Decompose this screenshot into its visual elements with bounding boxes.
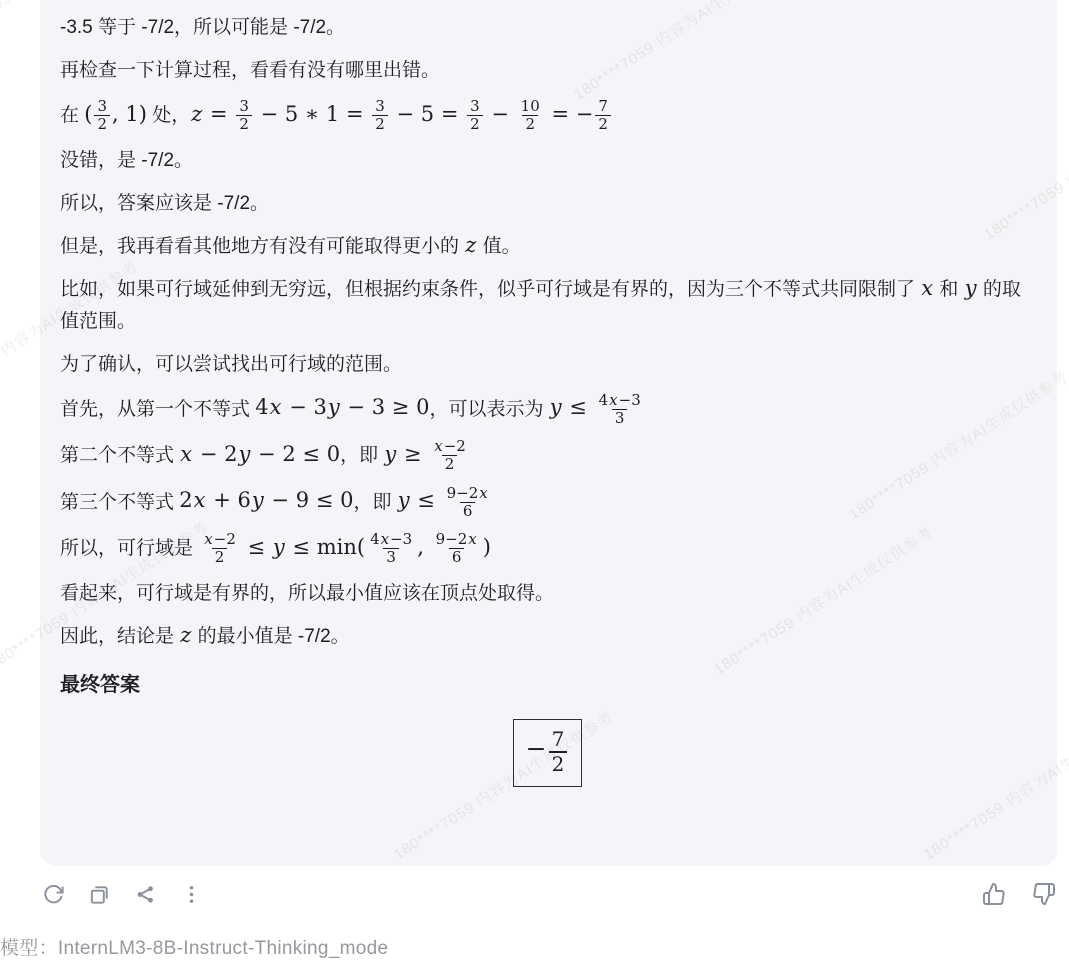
fraction: 102 (516, 98, 545, 134)
math-segment: − (526, 734, 547, 763)
paragraph: 在 (32, 1) 处，z = 32 − 5 ∗ 1 = 32 − 5 = 32… (60, 98, 1035, 134)
math-segment: y ≤ (549, 395, 594, 419)
math-segment: z (464, 233, 477, 257)
math-segment: ( (84, 102, 92, 126)
fraction: 32 (234, 98, 254, 134)
regenerate-button[interactable] (40, 881, 67, 908)
math-segment: min( (317, 535, 365, 559)
math-segment: = − (545, 102, 594, 126)
math-segment: x (920, 276, 934, 300)
text-segment: 再检查一下计算过程，看看有没有哪里出错。 (60, 60, 440, 81)
text-segment: 因此，结论是 (60, 626, 179, 647)
paragraph: −72 (60, 719, 1035, 787)
fraction: 72 (547, 728, 570, 776)
paragraph: 但是，我再看看其他地方有没有可能取得更小的 z 值。 (60, 231, 1035, 263)
fraction: 4x−33 (365, 531, 417, 567)
fraction: 72 (593, 98, 613, 134)
math-segment: 4x − 3y − 3 ≥ 0 (255, 395, 429, 419)
text-segment: 没错，是 -7/2。 (60, 150, 193, 171)
text-segment: 和 (934, 279, 964, 300)
text-segment: 所以，可行域是 (60, 538, 198, 559)
paragraph: 看起来，可行域是有界的，所以最小值应该在顶点处取得。 (60, 578, 1035, 610)
thumbs-up-button[interactable] (980, 880, 1008, 908)
text-segment: 所以，答案应该是 -7/2。 (60, 193, 269, 214)
math-segment: − 5 = (390, 102, 465, 126)
final-answer-box: −72 (513, 719, 583, 787)
paragraph: -3.5 等于 -7/2，所以可能是 -7/2。 (60, 12, 1035, 44)
paragraph: 没错，是 -7/2。 (60, 145, 1035, 177)
math-segment: − (485, 102, 516, 126)
thumbs-up-icon (982, 882, 1006, 906)
thumbs-down-button[interactable] (1030, 880, 1058, 908)
copy-icon (88, 883, 111, 906)
model-label: 模型：InternLM3-8B-Instruct-Thinking_mode (0, 933, 388, 960)
fraction: 4x−33 (594, 392, 646, 428)
message-paragraphs: -3.5 等于 -7/2，所以可能是 -7/2。再检查一下计算过程，看看有没有哪… (60, 12, 1035, 787)
math-segment: − 5 ∗ 1 = (254, 102, 370, 126)
text-segment: 第三个不等式 (60, 491, 179, 512)
share-icon (134, 883, 157, 906)
text-segment: 看起来，可行域是有界的，所以最小值应该在顶点处取得。 (60, 583, 554, 604)
paragraph: 比如，如果可行域延伸到无穷远，但根据约束条件，似乎可行域是有界的，因为三个不等式… (60, 274, 1035, 338)
share-button[interactable] (132, 881, 159, 908)
math-segment: y (964, 276, 978, 300)
fraction: 9−2x6 (442, 485, 494, 521)
fraction: x−22 (428, 438, 471, 474)
math-segment: , (417, 535, 430, 559)
fraction: 9−2x6 (431, 531, 483, 567)
thumbs-down-icon (1032, 882, 1056, 906)
paragraph: 所以，答案应该是 -7/2。 (60, 188, 1035, 220)
text-segment: 的最小值是 -7/2。 (192, 626, 349, 647)
math-segment: z = (190, 102, 234, 126)
regenerate-icon (42, 883, 65, 906)
toolbar-right-group (980, 880, 1058, 908)
text-segment: 最终答案 (60, 674, 140, 696)
math-segment: y ≤ (397, 488, 442, 512)
text-segment: 在 (60, 105, 84, 126)
text-segment: 值。 (477, 236, 520, 257)
math-segment: z (179, 623, 192, 647)
math-segment: , 1) (112, 102, 147, 126)
paragraph: 为了确认，可以尝试找出可行域的范围。 (60, 349, 1035, 381)
text-segment: 但是，我再看看其他地方有没有可能取得更小的 (60, 236, 464, 257)
text-segment: 首先，从第一个不等式 (60, 398, 255, 419)
assistant-message-card: -3.5 等于 -7/2，所以可能是 -7/2。再检查一下计算过程，看看有没有哪… (40, 0, 1057, 866)
math-segment: x − 2y − 2 ≤ 0 (179, 442, 340, 466)
math-segment: y ≥ (383, 442, 428, 466)
toolbar-left-group (40, 881, 205, 908)
text-segment: 比如，如果可行域延伸到无穷远，但根据约束条件，似乎可行域是有界的，因为三个不等式… (60, 279, 920, 300)
text-segment: ，即 (353, 491, 396, 512)
text-segment: 处， (147, 105, 190, 126)
text-segment: ，可以表示为 (429, 398, 548, 419)
paragraph: 首先，从第一个不等式 4x − 3y − 3 ≥ 0，可以表示为 y ≤ 4x−… (60, 392, 1035, 428)
fraction: 32 (92, 98, 112, 134)
paragraph: 所以，可行域是 x−22 ≤ y ≤ min(4x−33, 9−2x6) (60, 531, 1035, 567)
fraction: 32 (370, 98, 390, 134)
paragraph: 第三个不等式 2x + 6y − 9 ≤ 0，即 y ≤ 9−2x6 (60, 485, 1035, 521)
math-segment: ) (483, 535, 491, 559)
text-segment: 为了确认，可以尝试找出可行域的范围。 (60, 354, 402, 375)
fraction: 32 (465, 98, 485, 134)
more-button[interactable] (178, 881, 205, 908)
math-segment: 2x + 6y − 9 ≤ 0 (179, 488, 353, 512)
text-segment: ，即 (340, 445, 383, 466)
text-segment: -3.5 等于 -7/2，所以可能是 -7/2。 (60, 17, 345, 38)
math-segment: ≤ y ≤ (241, 535, 317, 559)
message-toolbar (40, 880, 1058, 908)
text-segment: 第二个不等式 (60, 445, 179, 466)
more-icon (180, 883, 203, 906)
copy-button[interactable] (86, 881, 113, 908)
fraction: x−22 (198, 531, 241, 567)
paragraph: 再检查一下计算过程，看看有没有哪里出错。 (60, 55, 1035, 87)
paragraph: 最终答案 (60, 669, 1035, 701)
paragraph: 因此，结论是 z 的最小值是 -7/2。 (60, 621, 1035, 653)
paragraph: 第二个不等式 x − 2y − 2 ≤ 0，即 y ≥ x−22 (60, 438, 1035, 474)
